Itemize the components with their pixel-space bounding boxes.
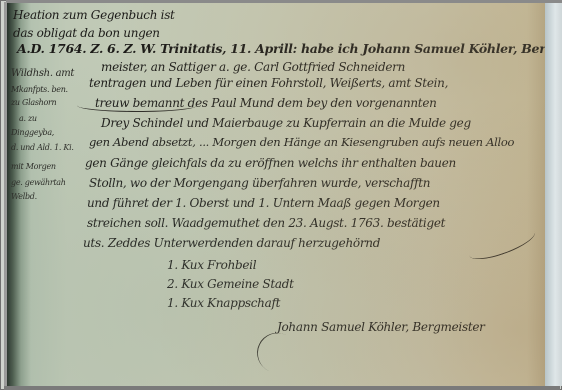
margin-note: mit Morgen: [11, 163, 56, 171]
body-line: gen Abend absetzt, ... Morgen den Hänge …: [89, 137, 514, 149]
share-list-item: 2. Kux Gemeine Stadt: [167, 278, 294, 290]
body-line: streichen soll. Waadgemuthet den 23. Aug…: [87, 217, 445, 229]
body-line: A.D. 1764. Z. 6. Z. W. Trinitatis, 11. A…: [17, 43, 545, 56]
margin-note: Dinggeyba,: [11, 129, 54, 137]
body-line: gen Gänge gleichfals da zu eröffnen welc…: [85, 157, 456, 169]
margin-note: Wildhsh. amt: [11, 69, 74, 79]
ink-flourish: [466, 222, 539, 266]
signature: Johann Samuel Köhler, Bergmeister: [277, 321, 485, 333]
header-line: Heation zum Gegenbuch ist: [13, 9, 175, 21]
body-line: Drey Schindel und Maierbauge zu Kupferra…: [101, 117, 471, 129]
body-line: und führet der 1. Oberst und 1. Untern M…: [87, 197, 440, 209]
page-right-edge: [545, 3, 562, 386]
ink-flourish: [77, 99, 197, 112]
margin-note: zu Glashorn: [11, 99, 56, 107]
body-line: tentragen und Leben für einen Fohrstoll,…: [89, 77, 448, 89]
margin-note: ge. gewährtah: [11, 179, 66, 187]
manuscript-page: Heation zum Gegenbuch ist das obligat da…: [7, 3, 545, 386]
margin-note: Welbd.: [11, 193, 37, 201]
margin-note: Mkanfpts. ben.: [11, 86, 68, 94]
header-line: das obligat da bon ungen: [13, 27, 160, 39]
share-list-item: 1. Kux Frohbeil: [167, 259, 256, 271]
body-line: uts. Zeddes Unterwerdenden darauf herzug…: [83, 237, 380, 249]
frame-border-bottom: [4, 386, 560, 390]
margin-note: a. zu: [19, 115, 37, 123]
share-list-item: 1. Kux Knappschaft: [167, 297, 280, 309]
body-line: meister, an Sattiger a. ge. Carl Gottfri…: [101, 61, 405, 73]
ink-flourish: [250, 326, 304, 380]
margin-note: d. und Ald. 1. Ki.: [11, 144, 74, 152]
body-line: Stolln, wo der Morgengang überfahren wur…: [89, 177, 430, 189]
